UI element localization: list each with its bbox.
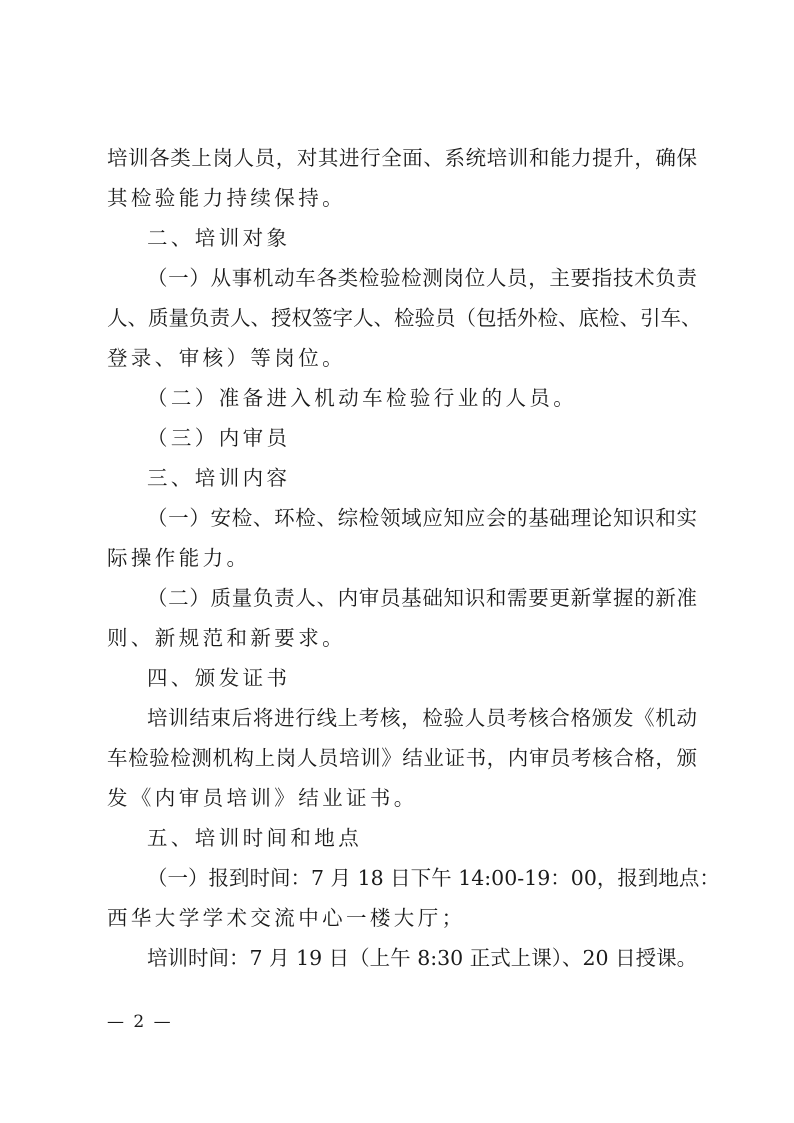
body-line: 际操作能力。: [107, 545, 697, 571]
section-heading-4: 四、颁发证书: [147, 665, 737, 691]
body-line: （三）内审员: [147, 425, 737, 451]
body-line: 人、质量负责人、授权签字人、检验员（包括外检、底检、引车、: [107, 305, 697, 331]
section-heading-5: 五、培训时间和地点: [147, 825, 737, 851]
body-line: （一）安检、环检、综检领域应知应会的基础理论知识和实: [147, 505, 697, 531]
body-line: 车检验检测机构上岗人员培训》结业证书，内审员考核合格，颁: [107, 745, 697, 771]
body-line: （一）报到时间：7 月 18 日下午 14:00-19：00，报到地点：: [147, 865, 697, 891]
page-number: — 2 —: [107, 1010, 173, 1034]
body-line: （二）准备进入机动车检验行业的人员。: [147, 385, 737, 411]
body-line: 培训时间：7 月 19 日（上午 8:30 正式上课）、20 日授课。: [147, 945, 697, 971]
document-page: 培训各类上岗人员，对其进行全面、系统培训和能力提升，确保 其检验能力持续保持。 …: [0, 0, 794, 1123]
body-line: 其检验能力持续保持。: [107, 185, 697, 211]
body-line: 培训各类上岗人员，对其进行全面、系统培训和能力提升，确保: [107, 145, 697, 171]
body-line: （二）质量负责人、内审员基础知识和需要更新掌握的新准: [147, 585, 697, 611]
body-line: 则、新规范和新要求。: [107, 625, 697, 651]
section-heading-2: 二、培训对象: [147, 225, 737, 251]
body-line: 培训结束后将进行线上考核，检验人员考核合格颁发《机动: [147, 705, 697, 731]
body-line: （一）从事机动车各类检验检测岗位人员，主要指技术负责: [147, 265, 697, 291]
body-line: 发《内审员培训》结业证书。: [107, 785, 697, 811]
body-line: 登录、审核）等岗位。: [107, 345, 697, 371]
body-line: 西华大学学术交流中心一楼大厅；: [107, 905, 697, 931]
section-heading-3: 三、培训内容: [147, 465, 737, 491]
